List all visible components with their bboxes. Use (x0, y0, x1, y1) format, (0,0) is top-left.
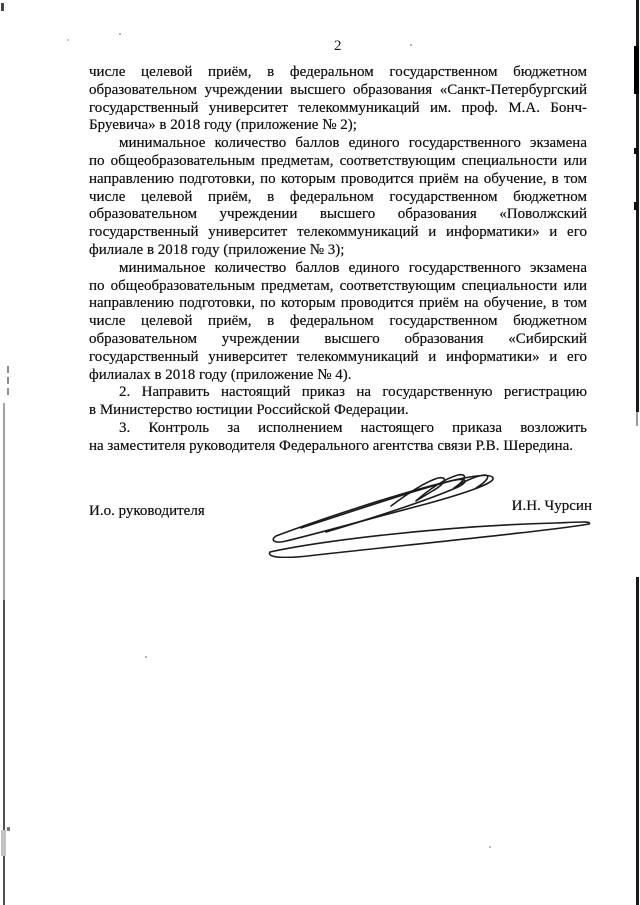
text-line: Бруевича» в 2018 году (приложение № 2); (89, 117, 587, 135)
signature-stroke (269, 475, 589, 558)
scan-speck (489, 846, 491, 848)
text-line: направлению подготовки, по которым прово… (89, 171, 587, 189)
text-line: числе целевой приём, в федеральном госуд… (89, 189, 587, 207)
text-line: числе целевой приём, в федеральном госуд… (89, 313, 587, 331)
scan-artifact-left-tick (7, 827, 10, 831)
text-block: числе целевой приём, в федеральном госуд… (89, 64, 587, 456)
text-line: минимальное количество баллов единого го… (89, 260, 587, 278)
paragraph: числе целевой приём, в федеральном госуд… (89, 64, 587, 135)
text-line: государственный университет телекоммуник… (89, 100, 587, 118)
text-line: государственный университет телекоммуник… (89, 224, 587, 242)
paragraph: минимальное количество баллов единого го… (89, 135, 587, 260)
text-line: образовательном учреждении высшего образ… (89, 331, 587, 349)
paragraph: минимальное количество баллов единого го… (89, 260, 587, 385)
scan-artifact-left-dash (7, 366, 9, 373)
text-line: образовательном учреждении высшего образ… (89, 82, 587, 100)
text-line: минимальное количество баллов единого го… (89, 135, 587, 153)
scan-artifact-left-band (1, 830, 6, 856)
scan-speck (145, 656, 147, 658)
page-number: 2 (89, 38, 587, 54)
scan-artifact-left-dash (7, 388, 9, 395)
scan-artifact-right-fade (636, 412, 638, 426)
text-line: государственный университет телекоммуник… (89, 349, 587, 367)
scanned-document-page: { "doc": { "page_number": "2", "paragrap… (0, 0, 640, 905)
text-line: образовательном учреждении высшего образ… (89, 206, 587, 224)
paragraph: 3. Контроль за исполнением настоящего пр… (89, 420, 587, 456)
text-line: 3. Контроль за исполнением настоящего пр… (89, 420, 587, 438)
scan-artifact-right-line-bottom (636, 577, 639, 905)
text-line: направлению подготовки, по которым прово… (89, 295, 587, 313)
scan-speck (67, 39, 69, 41)
signer-name: И.Н. Чурсин (89, 498, 592, 515)
text-line: 2. Направить настоящий приказ на государ… (89, 384, 587, 402)
text-line: по общеобразовательным предметам, соотве… (89, 153, 587, 171)
text-line: филиале в 2018 году (приложение № 3); (89, 242, 587, 260)
scan-speck (410, 44, 412, 46)
scan-artifact-left-line-dark (3, 600, 5, 905)
text-line: филиалах в 2018 году (приложение № 4). (89, 367, 587, 385)
document-page: 2 числе целевой приём, в федеральном гос… (0, 0, 640, 905)
paragraph: 2. Направить настоящий приказ на государ… (89, 384, 587, 420)
scan-artifact-left-line-gray (3, 403, 5, 603)
text-line: числе целевой приём, в федеральном госуд… (89, 64, 587, 82)
scan-speck (119, 33, 121, 35)
text-line: по общеобразовательным предметам, соотве… (89, 278, 587, 296)
scan-artifact-right-blob (634, 46, 639, 94)
text-line: в Министерство юстиции Российской Федера… (89, 402, 587, 420)
scan-artifact-right-tick (634, 202, 638, 210)
text-line: на заместителя руководителя Федерального… (89, 438, 587, 456)
scan-artifact-right-tick (634, 148, 638, 154)
scan-artifact-left-dash (7, 377, 9, 384)
scan-artifact-corner-mark (1, 3, 4, 11)
